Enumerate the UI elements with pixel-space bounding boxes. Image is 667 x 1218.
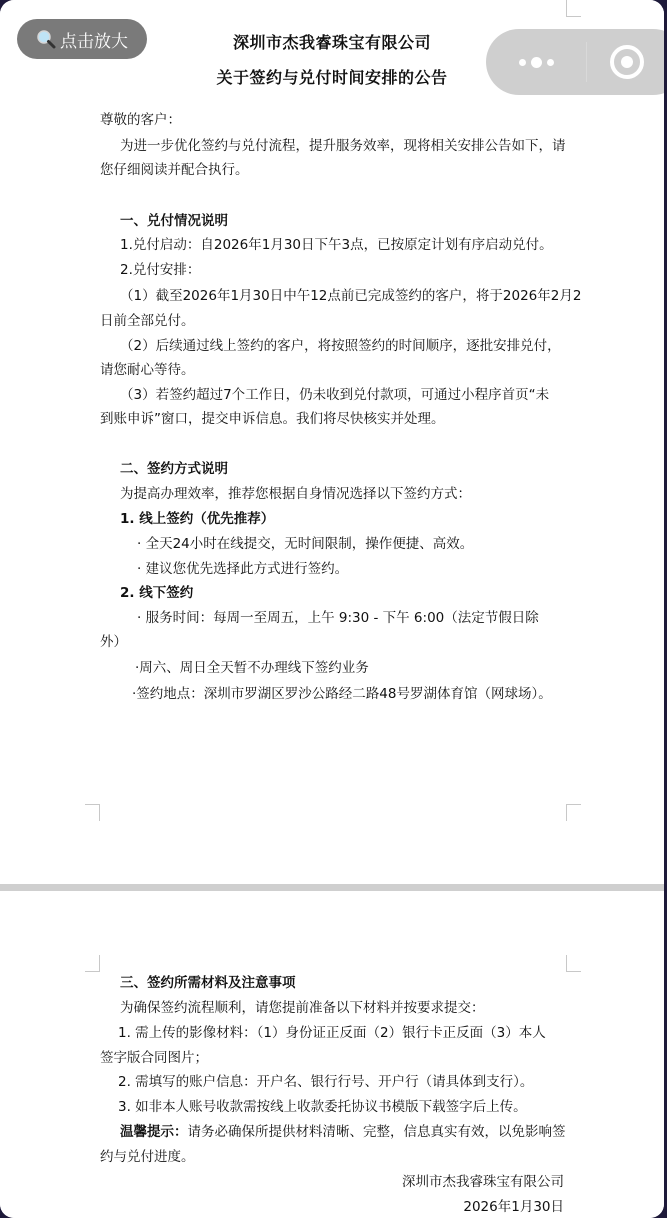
- online-bullet: · 全天24小时在线提交，无时间限制，操作便捷、高效。: [137, 534, 473, 554]
- signature-company: 深圳市杰我睿珠宝有限公司: [402, 1172, 564, 1192]
- section1-line: 日前全部兑付。: [100, 311, 195, 331]
- warm-tip: 温馨提示：请务必确保所提供材料清晰、完整，信息真实有效，以免影响签: [120, 1122, 566, 1142]
- section1-line: （3）若签约超过7个工作日，仍未收到兑付款项，可通过小程序首页“未: [120, 385, 549, 405]
- zoom-button-label: 点击放大: [60, 27, 128, 52]
- zoom-button[interactable]: 点击放大: [17, 19, 147, 59]
- close-button[interactable]: [587, 29, 664, 95]
- target-close-icon: [610, 45, 644, 79]
- section3-heading: 三、签约所需材料及注意事项: [120, 973, 296, 993]
- page-corner-mark: [85, 955, 100, 972]
- page-separator: [0, 884, 664, 891]
- section1-line: （2）后续通过线上签约的客户，将按照签约的时间顺序，逐批安排兑付，: [120, 336, 561, 356]
- section1-line: 请您耐心等待。: [100, 360, 195, 380]
- section3-intro: 为确保签约流程顺利，请您提前准备以下材料并按要求提交：: [120, 998, 485, 1018]
- online-bullet: · 建议您优先选择此方式进行签约。: [137, 559, 348, 579]
- section3-line: 签字版合同图片；: [100, 1048, 208, 1068]
- offline-signing-heading: 2. 线下签约: [120, 583, 193, 603]
- document-page-1: 深圳市杰我睿珠宝有限公司 关于签约与兑付时间安排的公告 尊敬的客户： 为进一步优…: [0, 0, 664, 884]
- section2-intro: 为提高办理效率，推荐您根据自身情况选择以下签约方式：: [120, 484, 471, 504]
- section2-heading: 二、签约方式说明: [120, 459, 228, 479]
- more-button[interactable]: [486, 29, 586, 95]
- offline-line: · 服务时间：每周一至周五，上午 9:30 - 下午 6:00（法定节假日除: [137, 608, 539, 628]
- page-corner-mark: [85, 804, 100, 821]
- offline-line: ·周六、周日全天暂不办理线下签约业务: [135, 658, 369, 678]
- offline-line: ·签约地点：深圳市罗湖区罗沙公路经二路48号罗湖体育馆（网球场）。: [132, 684, 552, 704]
- section3-line: 3. 如非本人账号收款需按线上收款委托协议书模版下载签字后上传。: [118, 1097, 527, 1117]
- section3-line: 1. 需上传的影像材料：（1）身份证正反面（2）银行卡正反面（3）本人: [118, 1023, 546, 1043]
- magnifier-icon: [36, 29, 56, 49]
- warm-tip-text: 请务必确保所提供材料清晰、完整，信息真实有效，以免影响签: [188, 1124, 566, 1140]
- document-page-2: 三、签约所需材料及注意事项 为确保签约流程顺利，请您提前准备以下材料并按要求提交…: [0, 891, 664, 1218]
- intro-line: 为进一步优化签约与兑付流程，提升服务效率，现将相关安排公告如下，请: [120, 136, 566, 156]
- section1-line: 到账申诉”窗口，提交申诉信息。我们将尽快核实并处理。: [100, 409, 445, 429]
- page-corner-mark: [566, 0, 581, 17]
- warm-tip-label: 温馨提示：: [120, 1124, 188, 1140]
- intro-line: 您仔细阅读并配合执行。: [100, 160, 249, 180]
- page-corner-mark: [566, 955, 581, 972]
- online-signing-heading: 1. 线上签约（优先推荐）: [120, 509, 274, 529]
- more-dots-icon: [547, 59, 554, 66]
- section1-heading: 一、兑付情况说明: [120, 211, 228, 231]
- mini-program-capsule: [486, 29, 664, 95]
- document-viewer[interactable]: 深圳市杰我睿珠宝有限公司 关于签约与兑付时间安排的公告 尊敬的客户： 为进一步优…: [0, 0, 664, 1218]
- section1-line: （1）截至2026年1月30日中午12点前已完成签约的客户，将于2026年2月2: [120, 286, 581, 306]
- offline-line: 外）: [100, 632, 127, 652]
- page-corner-mark: [566, 804, 581, 821]
- more-dots-icon: [531, 57, 542, 68]
- greeting: 尊敬的客户：: [100, 110, 181, 130]
- signature-date: 2026年1月30日: [463, 1197, 564, 1217]
- section1-line: 2.兑付安排：: [120, 260, 200, 280]
- warm-tip-cont: 约与兑付进度。: [100, 1147, 195, 1167]
- section1-line: 1.兑付启动：自2026年1月30日下午3点，已按原定计划有序启动兑付。: [120, 235, 553, 255]
- more-dots-icon: [519, 59, 526, 66]
- section3-line: 2. 需填写的账户信息：开户名、银行行号、开户行（请具体到支行）。: [118, 1072, 533, 1092]
